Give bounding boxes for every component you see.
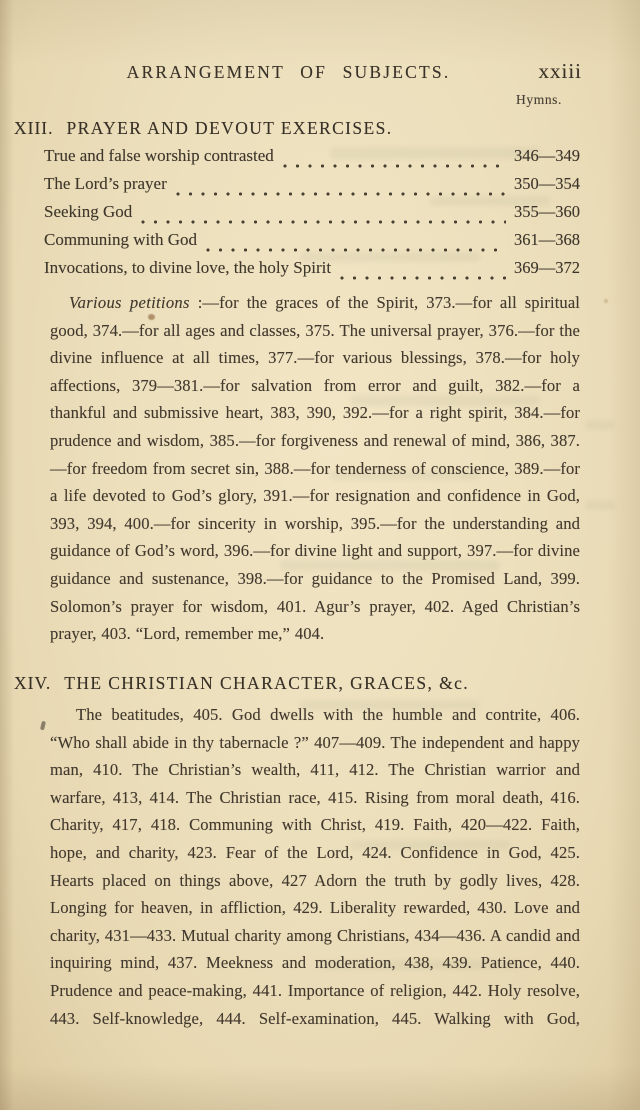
toc-entry-hymn-range: 361—368 bbox=[512, 230, 580, 250]
toc-entry: Seeking God 355—360 bbox=[44, 202, 580, 230]
page-content: XIII.PRAYER AND DEVOUT EXERCISES. True a… bbox=[0, 118, 640, 1032]
running-title: ARRANGEMENT OF SUBJECTS. bbox=[50, 62, 527, 83]
section-number: XIII. bbox=[14, 118, 54, 138]
dotted-leader bbox=[340, 275, 506, 281]
dotted-leader bbox=[283, 163, 506, 169]
toc-entry: Invocations, to divine love, the holy Sp… bbox=[44, 258, 580, 286]
hymns-column-label: Hymns. bbox=[516, 92, 562, 108]
section-number: XIV. bbox=[14, 673, 51, 693]
toc-entry: True and false worship contrasted 346—34… bbox=[44, 146, 580, 174]
paragraph-body: :—for the graces of the Spirit, 373.—for… bbox=[50, 293, 580, 643]
toc-entry-label: Invocations, to divine love, the holy Sp… bbox=[44, 258, 331, 278]
toc-entry-hymn-range: 346—349 bbox=[512, 146, 580, 166]
section-title: THE CHRISTIAN CHARACTER, GRACES, &c. bbox=[64, 673, 469, 693]
toc-entry-label: True and false worship contrasted bbox=[44, 146, 274, 166]
toc-list: True and false worship contrasted 346—34… bbox=[44, 146, 580, 286]
page-number: xxiii bbox=[538, 59, 582, 84]
toc-entry-label: Communing with God bbox=[44, 230, 197, 250]
paragraph-lead-italic: Various petitions bbox=[69, 293, 190, 312]
toc-entry-label: The Lord’s prayer bbox=[44, 174, 167, 194]
toc-entry: The Lord’s prayer 350—354 bbox=[44, 174, 580, 202]
toc-entry-hymn-range: 369—372 bbox=[512, 258, 580, 278]
running-head: ARRANGEMENT OF SUBJECTS. xxiii bbox=[50, 62, 582, 88]
book-page: ARRANGEMENT OF SUBJECTS. xxiii Hymns. XI… bbox=[0, 0, 640, 1110]
section-heading-xiii: XIII.PRAYER AND DEVOUT EXERCISES. bbox=[14, 118, 640, 139]
toc-entry-hymn-range: 350—354 bbox=[512, 174, 580, 194]
section-paragraph-xiii: Various petitions :—for the graces of th… bbox=[50, 289, 580, 669]
section-heading-xiv: XIV.THE CHRISTIAN CHARACTER, GRACES, &c. bbox=[14, 673, 640, 694]
dotted-leader bbox=[176, 191, 506, 197]
dotted-leader bbox=[206, 247, 506, 253]
dotted-leader bbox=[141, 219, 506, 225]
section-paragraph-xiv: The beatitudes, 405. God dwells with the… bbox=[50, 701, 580, 1032]
section-title: PRAYER AND DEVOUT EXERCISES. bbox=[67, 118, 393, 138]
toc-entry-hymn-range: 355—360 bbox=[512, 202, 580, 222]
toc-entry-label: Seeking God bbox=[44, 202, 132, 222]
toc-entry: Communing with God 361—368 bbox=[44, 230, 580, 258]
